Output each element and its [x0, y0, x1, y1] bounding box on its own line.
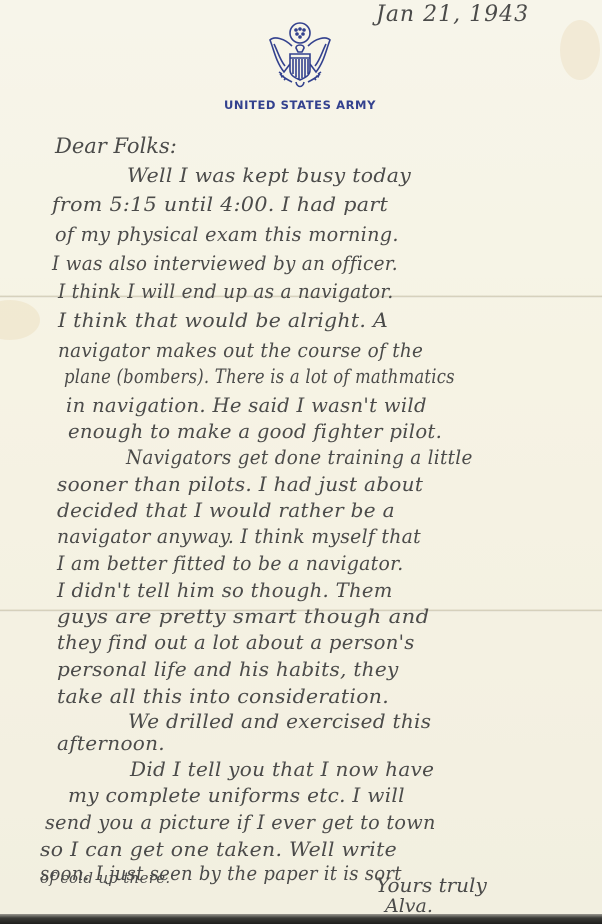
letter-line: guys are pretty smart though and [57, 604, 429, 628]
us-army-eagle-emblem-icon [266, 20, 334, 92]
letter-line: I think that would be alright. A [58, 308, 388, 332]
letter-line: decided that I would rather be a [57, 498, 395, 522]
letterhead: UNITED STATES ARMY [200, 20, 400, 112]
letter-line: navigator makes out the course of the [58, 338, 423, 362]
letter-line: they find out a lot about a person's [57, 630, 415, 654]
letter-closing: Yours truly [376, 873, 487, 897]
letterhead-title: UNITED STATES ARMY [200, 98, 400, 112]
letter-line: plane (bombers). There is a lot of mathm… [64, 364, 455, 388]
paper-bottom-edge [0, 914, 602, 924]
letter-line: of cold up there. [40, 869, 170, 887]
letter-line: We drilled and exercised this [128, 709, 431, 733]
letter-line: sooner than pilots. I had just about [57, 472, 423, 496]
letter-line: Well I was kept busy today [127, 163, 411, 187]
letter-line: from 5:15 until 4:00. I had part [52, 192, 388, 216]
letter-line: I didn't tell him so though. Them [57, 578, 393, 602]
paper-stain [0, 300, 40, 340]
letter-line: my complete uniforms etc. I will [68, 783, 405, 807]
letter-line: in navigation. He said I wasn't wild [66, 393, 427, 417]
letter-line: I think I will end up as a navigator. [58, 279, 394, 303]
letter-line: afternoon. [57, 731, 165, 755]
letter-line: enough to make a good fighter pilot. [68, 419, 442, 443]
letter-line: Did I tell you that I now have [130, 757, 434, 781]
letter-page: Jan 21, 1943 [0, 0, 602, 918]
letter-line: take all this into consideration. [57, 684, 389, 708]
letter-line: of my physical exam this morning. [55, 222, 399, 246]
letter-line: I was also interviewed by an officer. [52, 251, 398, 275]
letter-line: send you a picture if I ever get to town [45, 810, 436, 834]
letter-line: navigator anyway. I think myself that [57, 524, 421, 548]
letter-line: I am better fitted to be a navigator. [57, 551, 404, 575]
letter-line: so I can get one taken. Well write [40, 837, 397, 861]
letter-line: personal life and his habits, they [57, 657, 399, 681]
letter-line: Navigators get done training a little [126, 445, 473, 469]
letter-salutation: Dear Folks: [55, 134, 177, 158]
paper-stain [560, 20, 600, 80]
